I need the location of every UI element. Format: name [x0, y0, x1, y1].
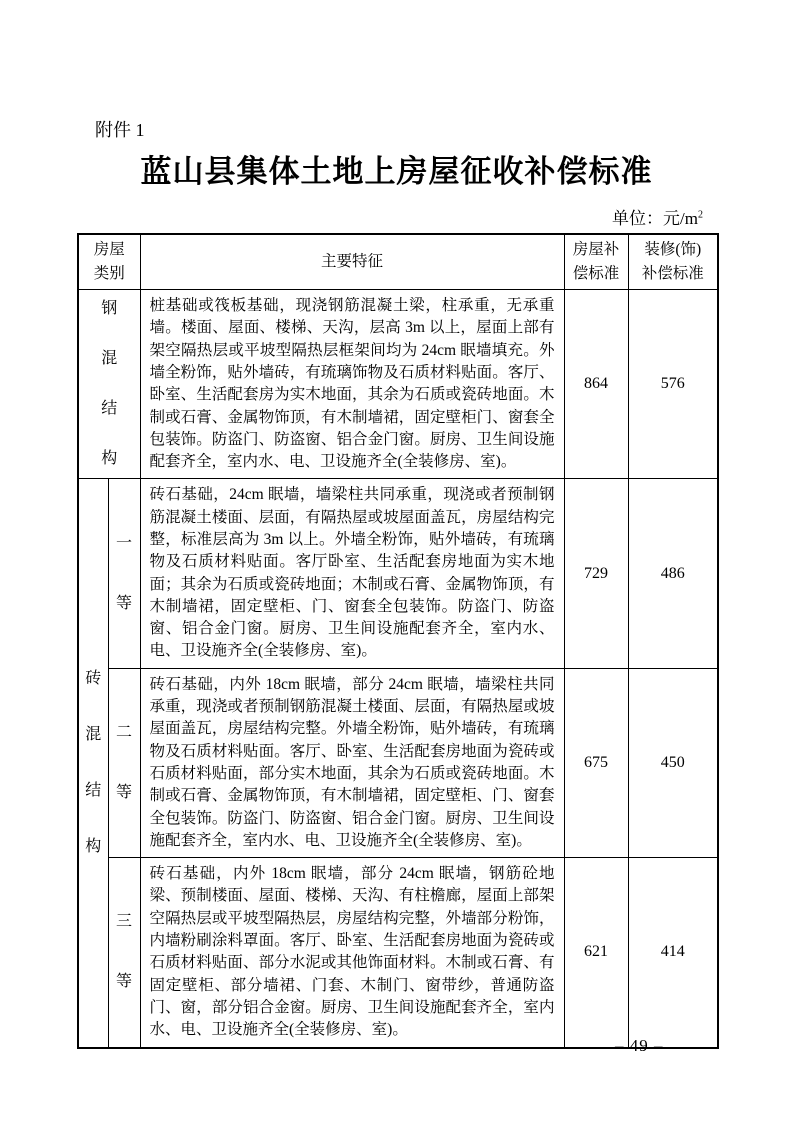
col-header-house-comp-line1: 房屋补 — [567, 238, 626, 262]
house-comp-value: 621 — [564, 858, 628, 1048]
features-cell: 砖石基础，24cm 眠墙，墙梁柱共同承重，现浇或者预制钢筋混凝土楼面、层面，有隔… — [140, 479, 564, 668]
document-page: 附件 1 蓝山县集体土地上房屋征收补偿标准 单位：元/m2 房屋 类别 主要特征… — [0, 0, 793, 1122]
col-header-decor-comp-line1: 装修(饰) — [631, 238, 716, 262]
features-cell: 砖石基础，内外 18cm 眠墙，部分 24cm 眠墙，墙梁柱共同承重，现浇或者预… — [140, 668, 564, 857]
col-header-features: 主要特征 — [140, 234, 564, 290]
compensation-table: 房屋 类别 主要特征 房屋补 偿标准 装修(饰) 补偿标准 钢混结构 桩基 — [77, 233, 719, 1049]
col-header-house-comp-line2: 偿标准 — [567, 262, 626, 286]
table-row-brick-grade1: 砖混结构 一等 砖石基础，24cm 眠墙，墙梁柱共同承重，现浇或者预制钢筋混凝土… — [78, 479, 718, 668]
features-cell: 桩基础或筏板基础，现浇钢筋混凝土梁，柱承重，无承重墙。楼面、屋面、楼梯、天沟，层… — [140, 290, 564, 479]
unit-label: 单位：元/m2 — [77, 204, 717, 229]
decor-comp-value: 576 — [628, 290, 718, 479]
decor-comp-value: 450 — [628, 668, 718, 857]
page-title: 蓝山县集体土地上房屋征收补偿标准 — [0, 146, 793, 191]
col-header-category-line2: 类别 — [81, 262, 138, 286]
table-row-brick-grade3: 三等 砖石基础，内外 18cm 眠墙，部分 24cm 眠墙，钢筋砼地梁、预制楼面… — [78, 858, 718, 1048]
grade-label-3: 三等 — [109, 914, 140, 990]
features-cell: 砖石基础，内外 18cm 眠墙，部分 24cm 眠墙，钢筋砼地梁、预制楼面、屋面… — [140, 858, 564, 1048]
grade-label-2: 二等 — [109, 725, 140, 801]
col-header-house-comp: 房屋补 偿标准 — [564, 234, 628, 290]
decor-comp-value: 414 — [628, 858, 718, 1048]
col-header-category-line1: 房屋 — [81, 238, 138, 262]
col-header-category: 房屋 类别 — [78, 234, 140, 290]
decor-comp-value: 486 — [628, 479, 718, 668]
table-header-row: 房屋 类别 主要特征 房屋补 偿标准 装修(饰) 补偿标准 — [78, 234, 718, 290]
house-comp-value: 864 — [564, 290, 628, 479]
grade-cell-1: 一等 — [108, 479, 140, 668]
table-row-brick-grade2: 二等 砖石基础，内外 18cm 眠墙，部分 24cm 眠墙，墙梁柱共同承重，现浇… — [78, 668, 718, 857]
grade-label-1: 一等 — [109, 536, 140, 612]
attachment-label: 附件 1 — [95, 116, 145, 142]
unit-superscript: 2 — [698, 209, 703, 220]
category-cell-steel-concrete: 钢混结构 — [78, 290, 140, 479]
col-header-decor-comp-line2: 补偿标准 — [631, 262, 716, 286]
category-label-steel-concrete: 钢混结构 — [79, 301, 140, 467]
col-header-decor-comp: 装修(饰) 补偿标准 — [628, 234, 718, 290]
category-cell-brick-concrete: 砖混结构 — [78, 479, 108, 1048]
unit-text: 单位：元/m — [612, 209, 698, 228]
house-comp-value: 729 — [564, 479, 628, 668]
table-row-steel-concrete: 钢混结构 桩基础或筏板基础，现浇钢筋混凝土梁，柱承重，无承重墙。楼面、屋面、楼梯… — [78, 290, 718, 479]
page-number: – 49 – — [615, 1036, 664, 1056]
grade-cell-2: 二等 — [108, 668, 140, 857]
grade-cell-3: 三等 — [108, 858, 140, 1048]
category-label-brick-concrete: 砖混结构 — [79, 671, 108, 855]
house-comp-value: 675 — [564, 668, 628, 857]
